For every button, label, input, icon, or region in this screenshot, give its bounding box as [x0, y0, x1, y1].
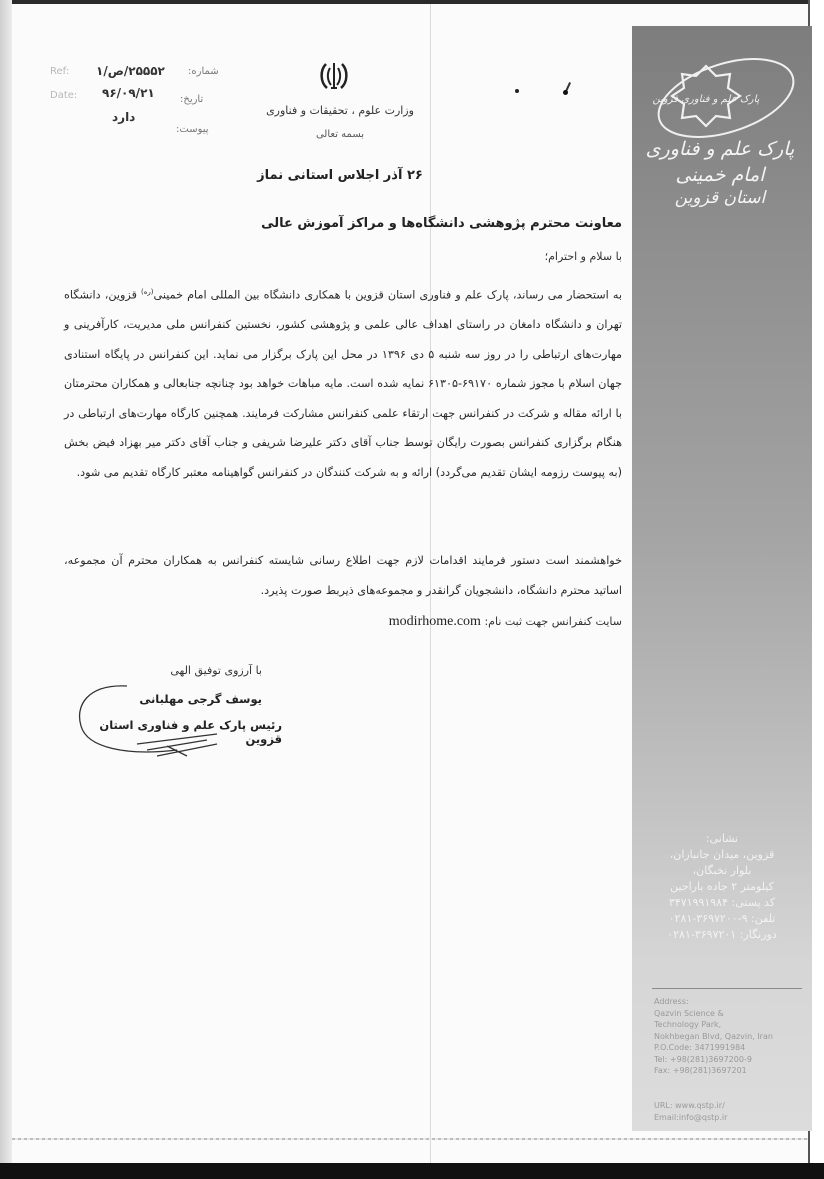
address-en-line: Address: [654, 996, 814, 1008]
greeting: با سلام و احترام؛ [64, 250, 622, 263]
website-url: URL: www.qstp.ir/ [654, 1100, 814, 1112]
ref-fa-label: شماره: [188, 66, 219, 77]
ink-mark [563, 90, 568, 95]
address-en-line: Technology Park, [654, 1019, 814, 1031]
ink-mark [515, 89, 519, 93]
honorific-sup: (ره) [141, 288, 154, 296]
iran-emblem-icon [318, 60, 350, 92]
address-fa-line: کیلومتر ۲ جاده باراجین [640, 879, 804, 895]
attachment-value: دارد [112, 110, 135, 124]
park-name: پارک علم و فناوری امام خمینی [640, 136, 800, 188]
paragraph-1-start: به استحضار می رساند، پارک علم و فناوری ا… [154, 289, 622, 302]
address-fa-line: قزوین، میدان جانبازان، [640, 847, 804, 863]
address-english: Address: Qazvin Science & Technology Par… [654, 996, 814, 1077]
recipient: معاونت محترم پژوهشی دانشگاه‌ها و مراکز آ… [64, 216, 622, 231]
address-en-line: Qazvin Science & [654, 1008, 814, 1020]
address-en-line: P.O.Code: 3471991984 [654, 1042, 814, 1054]
handwritten-subject-note: ۲۶ آذر اجلاس استانی نماز [230, 168, 450, 183]
ref-en-label: Ref: [50, 66, 69, 77]
date-en-label: Date: [50, 90, 77, 101]
attachment-row: دارد پیوست: [50, 110, 230, 130]
site-label: سایت کنفرانس جهت ثبت نام: [484, 615, 622, 628]
address-persian: نشانی: قزوین، میدان جانبازان، بلوار نخبگ… [640, 831, 804, 943]
ref-number: ۲۵۵۵۲/ص/۱ [96, 64, 165, 78]
address-en-line: Fax: +98(281)3697201 [654, 1065, 814, 1077]
email-address: Email:info@qstp.ir [654, 1112, 814, 1124]
scan-artifact-line [12, 1138, 808, 1140]
signatory-title: رئیس پارک علم و فناوری استان قزوین [62, 718, 282, 746]
bismillah: بسمه تعالی [250, 129, 430, 140]
address-fa-line: کد پستی: ۳۴۷۱۹۹۱۹۸۴ [640, 895, 804, 911]
address-divider [652, 988, 802, 989]
body-paragraph-1: به استحضار می رساند، پارک علم و فناوری ا… [64, 278, 622, 487]
ministry-name: وزارت علوم ، تحقیقات و فناوری [250, 104, 430, 117]
address-en-line: Nokhbegan Blvd, Qazvin, Iran [654, 1031, 814, 1043]
address-fa-line: دورنگار: ۳۶۹۷۲۰۱-۰۲۸۱ [640, 927, 804, 943]
ref-row: Ref: ۲۵۵۵۲/ص/۱ شماره: [50, 64, 230, 84]
signature-closing: با آرزوی توفیق الهی [112, 664, 262, 677]
address-fa-line: نشانی: [640, 831, 804, 847]
letterhead-sidebar: پارک علم و فناوری قزوین پارک علم و فناور… [632, 26, 812, 1131]
registration-site-line: سایت کنفرانس جهت ثبت نام: modirhome.com [64, 614, 622, 630]
attachment-fa-label: پیوست: [176, 124, 209, 135]
signatory-name: یوسف گرجی مهلبانی [92, 692, 262, 706]
site-url: modirhome.com [389, 614, 481, 629]
letter-page: Ref: ۲۵۵۵۲/ص/۱ شماره: Date: ۹۶/۰۹/۲۱ تار… [12, 4, 808, 1163]
address-en-line: Tel: +98(281)3697200-9 [654, 1054, 814, 1066]
date-value: ۹۶/۰۹/۲۱ [102, 86, 155, 100]
date-row: Date: ۹۶/۰۹/۲۱ تاریخ: [50, 86, 230, 106]
body-paragraph-2: خواهشمند است دستور فرمایند اقدامات لازم … [64, 546, 622, 605]
scan-border-bottom [0, 1163, 824, 1179]
date-fa-label: تاریخ: [180, 94, 203, 105]
address-fa-line: تلفن: ۹-۳۶۹۷۲۰۰-۰۲۸۱ [640, 911, 804, 927]
scan-border-left [0, 0, 12, 1179]
logo-ring-text: پارک علم و فناوری قزوین [653, 94, 760, 105]
park-province: استان قزوین [640, 188, 800, 208]
web-contact: URL: www.qstp.ir/ Email:info@qstp.ir [654, 1100, 814, 1123]
reference-block: Ref: ۲۵۵۵۲/ص/۱ شماره: Date: ۹۶/۰۹/۲۱ تار… [50, 64, 230, 144]
address-fa-line: بلوار نخبگان، [640, 863, 804, 879]
paragraph-1-rest: قزوین، دانشگاه تهران و دانشگاه دامغان در… [64, 289, 622, 479]
